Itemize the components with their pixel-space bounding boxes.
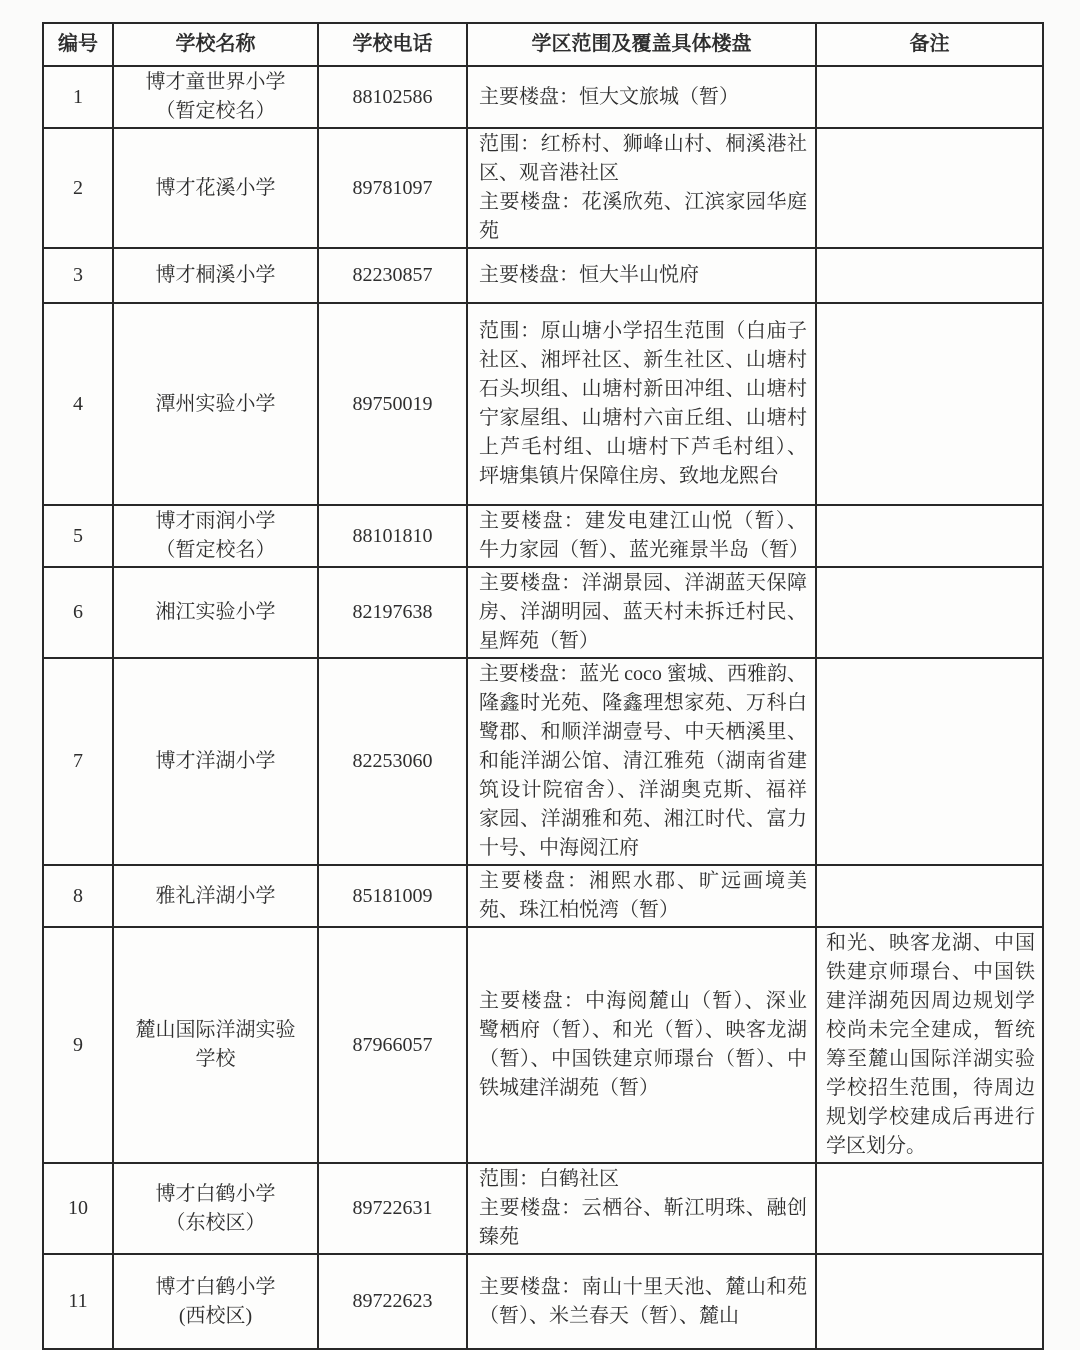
- range-cell: 主要楼盘：建发电建江山悦（暂）、牛力家园（暂）、蓝光雍景半岛（暂）: [467, 505, 816, 567]
- school-name-cell: 雅礼洋湖小学: [113, 865, 318, 927]
- school-name-cell: 麓山国际洋湖实验 学校: [113, 927, 318, 1163]
- note-cell: [816, 1163, 1043, 1254]
- row-number-cell: 9: [43, 927, 113, 1163]
- note-cell: 和光、映客龙湖、中国铁建京师璟台、中国铁建洋湖苑因周边规划学校尚未完全建成，暂统…: [816, 927, 1043, 1163]
- table-header-row: 编号 学校名称 学校电话 学区范围及覆盖具体楼盘 备注: [43, 23, 1043, 66]
- school-name-cell: 博才童世界小学 （暂定校名）: [113, 66, 318, 128]
- note-cell: [816, 66, 1043, 128]
- range-cell: 主要楼盘：恒大半山悦府: [467, 248, 816, 303]
- table-row: 11 博才白鹤小学 (西校区) 89722623 主要楼盘：南山十里天池、麓山和…: [43, 1254, 1043, 1279]
- school-name-cell: 博才桐溪小学: [113, 248, 318, 303]
- school-name-cell: 湘江实验小学: [113, 567, 318, 658]
- schools-table: 编号 学校名称 学校电话 学区范围及覆盖具体楼盘 备注 1 博才童世界小学 （暂…: [42, 22, 1044, 1279]
- row-number-cell: 10: [43, 1163, 113, 1254]
- header-number: 编号: [43, 23, 113, 66]
- school-name-cell: 博才洋湖小学: [113, 658, 318, 865]
- school-name-cell: 博才白鹤小学 (西校区): [113, 1254, 318, 1279]
- table-row: 1 博才童世界小学 （暂定校名） 88102586 主要楼盘：恒大文旅城（暂）: [43, 66, 1043, 128]
- row-number-cell: 1: [43, 66, 113, 128]
- row-number-cell: 4: [43, 303, 113, 505]
- note-cell: [816, 303, 1043, 505]
- note-cell: [816, 865, 1043, 927]
- row-number-cell: 3: [43, 248, 113, 303]
- range-cell: 主要楼盘：蓝光 coco 蜜城、西雅韵、隆鑫时光苑、隆鑫理想家苑、万科白鹭郡、和…: [467, 658, 816, 865]
- phone-cell: 89750019: [318, 303, 467, 505]
- note-cell: [816, 505, 1043, 567]
- row-number-cell: 5: [43, 505, 113, 567]
- note-cell: [816, 658, 1043, 865]
- note-cell: [816, 248, 1043, 303]
- phone-cell: 89781097: [318, 128, 467, 248]
- note-cell: [816, 1254, 1043, 1279]
- school-name-cell: 博才白鹤小学 （东校区）: [113, 1163, 318, 1254]
- row-number-cell: 8: [43, 865, 113, 927]
- phone-cell: 88101810: [318, 505, 467, 567]
- range-cell: 主要楼盘：南山十里天池、麓山和苑（暂）、米兰春天（暂）、麓山: [467, 1254, 816, 1279]
- table-row: 4 潭州实验小学 89750019 范围：原山塘小学招生范围（白庙子社区、湘坪社…: [43, 303, 1043, 505]
- header-school-phone: 学校电话: [318, 23, 467, 66]
- school-name-cell: 潭州实验小学: [113, 303, 318, 505]
- range-cell: 主要楼盘：中海阅麓山（暂）、深业鹭栖府（暂）、和光（暂）、映客龙湖（暂）、中国铁…: [467, 927, 816, 1163]
- phone-cell: 82230857: [318, 248, 467, 303]
- header-school-name: 学校名称: [113, 23, 318, 66]
- phone-cell: 85181009: [318, 865, 467, 927]
- range-cell: 范围：红桥村、狮峰山村、桐溪港社区、观音港社区 主要楼盘：花溪欣苑、江滨家园华庭…: [467, 128, 816, 248]
- table-row: 8 雅礼洋湖小学 85181009 主要楼盘：湘熙水郡、旷远画境美苑、珠江柏悦湾…: [43, 865, 1043, 927]
- range-cell: 主要楼盘：洋湖景园、洋湖蓝天保障房、洋湖明园、蓝天村未拆迁村民、星辉苑（暂）: [467, 567, 816, 658]
- phone-cell: 88102586: [318, 66, 467, 128]
- header-remarks: 备注: [816, 23, 1043, 66]
- row-number-cell: 2: [43, 128, 113, 248]
- row-number-cell: 11: [43, 1254, 113, 1279]
- table-row: 3 博才桐溪小学 82230857 主要楼盘：恒大半山悦府: [43, 248, 1043, 303]
- document-page: 编号 学校名称 学校电话 学区范围及覆盖具体楼盘 备注 1 博才童世界小学 （暂…: [42, 22, 1044, 1279]
- range-cell: 主要楼盘：恒大文旅城（暂）: [467, 66, 816, 128]
- phone-cell: 82253060: [318, 658, 467, 865]
- table-row: 5 博才雨润小学 （暂定校名） 88101810 主要楼盘：建发电建江山悦（暂）…: [43, 505, 1043, 567]
- school-name-cell: 博才雨润小学 （暂定校名）: [113, 505, 318, 567]
- note-cell: [816, 567, 1043, 658]
- table-row: 9 麓山国际洋湖实验 学校 87966057 主要楼盘：中海阅麓山（暂）、深业鹭…: [43, 927, 1043, 1163]
- row-number-cell: 7: [43, 658, 113, 865]
- table-row: 10 博才白鹤小学 （东校区） 89722631 范围：白鹤社区 主要楼盘：云栖…: [43, 1163, 1043, 1254]
- range-cell: 范围：白鹤社区 主要楼盘：云栖谷、靳江明珠、融创臻苑: [467, 1163, 816, 1254]
- header-district-range: 学区范围及覆盖具体楼盘: [467, 23, 816, 66]
- phone-cell: 87966057: [318, 927, 467, 1163]
- phone-cell: 82197638: [318, 567, 467, 658]
- range-cell: 范围：原山塘小学招生范围（白庙子社区、湘坪社区、新生社区、山塘村石头坝组、山塘村…: [467, 303, 816, 505]
- note-cell: [816, 128, 1043, 248]
- table-row: 7 博才洋湖小学 82253060 主要楼盘：蓝光 coco 蜜城、西雅韵、隆鑫…: [43, 658, 1043, 865]
- phone-cell: 89722631: [318, 1163, 467, 1254]
- row-number-cell: 6: [43, 567, 113, 658]
- table-row: 2 博才花溪小学 89781097 范围：红桥村、狮峰山村、桐溪港社区、观音港社…: [43, 128, 1043, 248]
- school-name-cell: 博才花溪小学: [113, 128, 318, 248]
- range-cell: 主要楼盘：湘熙水郡、旷远画境美苑、珠江柏悦湾（暂）: [467, 865, 816, 927]
- table-row: 6 湘江实验小学 82197638 主要楼盘：洋湖景园、洋湖蓝天保障房、洋湖明园…: [43, 567, 1043, 658]
- phone-cell: 89722623: [318, 1254, 467, 1279]
